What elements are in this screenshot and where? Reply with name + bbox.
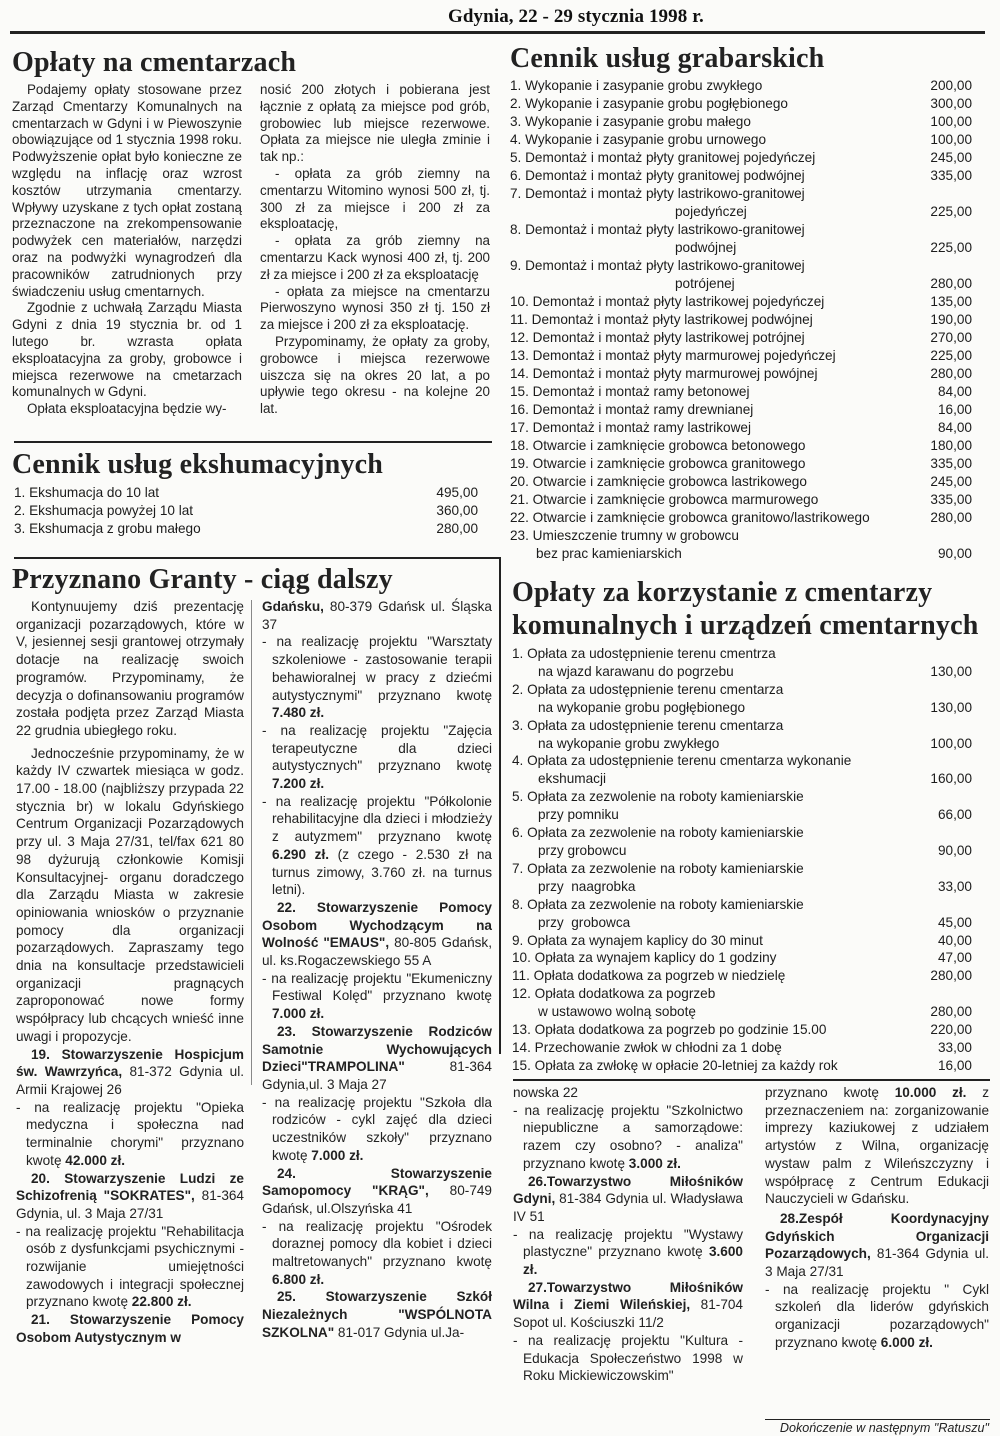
price-row: 1. Ekshumacja do 10 lat495,00 [14, 484, 478, 502]
price-row: 7. Opłata za zezwolenie na roboty kamien… [512, 860, 972, 878]
project-item: - na realizację projektu "Warsztaty szko… [262, 633, 492, 722]
price-row: 11. Demontaż i montaż płyty lastrikowej … [510, 311, 972, 329]
price-row-cont: przy grobowca45,00 [512, 914, 972, 932]
org-heading: 22. Stowarzyszenie Pomocy Osobom Wychodz… [262, 899, 492, 970]
gravedigging-title: Cennik usług grabarskich [510, 44, 824, 74]
price-row: 5. Opłata za zezwolenie na roboty kamien… [512, 788, 972, 806]
project-item: - na realizację projektu "Półkolonie reh… [262, 793, 492, 899]
project-item: - na realizację projektu "Opieka medyczn… [16, 1099, 244, 1170]
price-row-cont: na wykopanie grobu zwykłego100,00 [512, 735, 972, 753]
grants-col4: przyznano kwotę 10.000 zł. z przeznaczen… [765, 1084, 989, 1352]
price-row: 22. Otwarcie i zamknięcie grobowca grani… [510, 509, 972, 527]
paragraph: - opłata za miejsce na cmentarzu Pierwos… [260, 284, 490, 334]
grants-col3: nowska 22 - na realizację projektu "Szko… [513, 1084, 743, 1385]
price-row: 10. Opłata za wynajem kaplicy do 1 godzi… [512, 949, 972, 967]
price-row: 4. Wykopanie i zasypanie grobu urnowego1… [510, 131, 972, 149]
price-row-cont: podwójnej225,00 [510, 239, 972, 257]
project-item-cont: przyznano kwotę 10.000 zł. z przeznaczen… [765, 1084, 989, 1208]
org-heading: 19. Stowarzyszenie Hospicjum św. Wawrzyń… [16, 1046, 244, 1099]
price-row: 4. Opłata za udostępnienie terenu cmenta… [512, 752, 972, 770]
project-item: - na realizację projektu "Ekumeniczny Fe… [262, 970, 492, 1023]
price-row: 13. Opłata dodatkowa za pogrzeb po godzi… [512, 1021, 972, 1039]
org-heading: 24. Stowarzyszenie Samopomocy "KRĄG", 80… [262, 1165, 492, 1218]
cemetery-use-price-list: 1. Opłata za udostępnienie terenu cmentr… [512, 645, 972, 1075]
price-row: 16. Demontaż i montaż ramy drewnianej16,… [510, 401, 972, 419]
price-row-cont: w ustawowo wolną sobotę280,00 [512, 1003, 972, 1021]
price-row-cont: przy pomniku66,00 [512, 806, 972, 824]
paragraph: Podajemy opłaty stosowane przez Zarząd C… [12, 82, 242, 300]
continued-note: Dokończenie w następnym "Ratuszu" [765, 1421, 989, 1435]
exhumation-title: Cennik usług ekshumacyjnych [12, 450, 383, 480]
price-row-cont: pojedyńczej225,00 [510, 203, 972, 221]
price-row: 2. Opłata za udostępnienie terenu cmenta… [512, 681, 972, 699]
grants-col2: Gdańsku, 80-379 Gdańsk ul. Śląska 37 - n… [262, 598, 492, 1342]
project-item: - na realizację projektu "Ośrodek dorazn… [262, 1218, 492, 1289]
exhumation-price-list: 1. Ekshumacja do 10 lat495,00 2. Ekshuma… [14, 484, 478, 538]
price-row: 9. Opłata za wynajem kaplicy do 30 minut… [512, 932, 972, 950]
price-row: 10. Demontaż i montaż płyty lastrikowej … [510, 293, 972, 311]
price-row: 9. Demontaż i montaż płyty lastrikowo-gr… [510, 257, 972, 275]
org-heading: 21. Stowarzyszenie Pomocy Osobom Autysty… [16, 1311, 244, 1346]
project-item: - na realizację projektu "Szkolnictwo ni… [513, 1102, 743, 1173]
org-heading: 26.Towarzystwo Miłośników Gdyni, 81-384 … [513, 1173, 743, 1226]
cemetery-use-title-line2: komunalnych i urządzeń cmentarnych [512, 611, 978, 641]
price-row: 1. Opłata za udostępnienie terenu cmentr… [512, 645, 972, 663]
price-row: 19. Otwarcie i zamknięcie grobowca grani… [510, 455, 972, 473]
project-item: - na realizację projektu "Szkoła dla rod… [262, 1094, 492, 1165]
masthead-rule [10, 31, 985, 34]
price-row: 8. Opłata za zezwolenie na roboty kamien… [512, 896, 972, 914]
price-row: 3. Wykopanie i zasypanie grobu małego100… [510, 113, 972, 131]
paragraph: Kontynuujemy dziś prezentację organizacj… [16, 598, 244, 740]
price-row: 7. Demontaż i montaż płyty lastrikowo-gr… [510, 185, 972, 203]
paragraph: Opłata eksploatacyjna będzie wy- [12, 401, 242, 418]
project-item: - na realizację projektu "Zajęcia terape… [262, 722, 492, 793]
price-row: 2. Wykopanie i zasypanie grobu pogłębion… [510, 95, 972, 113]
project-item: - na realizację projektu " Cykl szkoleń … [765, 1281, 989, 1352]
article-fees-col2: nosić 200 złotych i pobierana jest łączn… [260, 82, 490, 418]
price-row: 14. Demontaż i montaż płyty marmurowej p… [510, 365, 972, 383]
price-row: 2. Ekshumacja powyżej 10 lat360,00 [14, 502, 478, 520]
price-row-cont: przy grobowcu90,00 [512, 842, 972, 860]
price-row: 6. Opłata za zezwolenie na roboty kamien… [512, 824, 972, 842]
paragraph: Jednocześnie przypominamy, że w każdy IV… [16, 745, 244, 1046]
project-item: - na realizację projektu "Wystawy plasty… [513, 1226, 743, 1279]
paragraph: - opłata za grób ziemny na cmentarzu Wit… [260, 166, 490, 233]
price-row-cont: przy naagrobka33,00 [512, 878, 972, 896]
cemetery-use-title-line1: Opłaty za korzystanie z cmentarzy [512, 578, 932, 608]
org-heading: 28.Zespół Koordynacyjny Gdyńskich Organi… [765, 1210, 989, 1281]
paragraph: Zgodnie z uchwałą Zarządu Miasta Gdyni z… [12, 300, 242, 401]
price-row: 17. Demontaż i montaż ramy lastrikowej84… [510, 419, 972, 437]
article-fees-col1: Podajemy opłaty stosowane przez Zarząd C… [12, 82, 242, 418]
price-row: 13. Demontaż i montaż płyty marmurowej p… [510, 347, 972, 365]
price-row-cont: na wykopanie grobu pogłębionego130,00 [512, 699, 972, 717]
gravedigging-price-list: 1. Wykopanie i zasypanie grobu zwykłego2… [510, 77, 972, 563]
grants-col1: Kontynuujemy dziś prezentację organizacj… [16, 598, 244, 1347]
footer-rule [765, 1419, 990, 1420]
price-row: 21. Otwarcie i zamknięcie grobowca marmu… [510, 491, 972, 509]
org-heading: 23. Stowarzyszenie Rodziców Samotnie Wyc… [262, 1023, 492, 1094]
price-row: 8. Demontaż i montaż płyty lastrikowo-gr… [510, 221, 972, 239]
issue-date: Gdynia, 22 - 29 stycznia 1998 r. [448, 6, 704, 28]
org-heading-cont: Gdańsku, 80-379 Gdańsk ul. Śląska 37 [262, 598, 492, 633]
price-row: 11. Opłata dodatkowa za pogrzeb w niedzi… [512, 967, 972, 985]
section-divider [14, 557, 500, 559]
masthead: Gdynia, 22 - 29 stycznia 1998 r. [0, 4, 1000, 30]
paragraph: Przypominamy, że opłaty za groby, grobow… [260, 334, 490, 418]
org-heading: 20. Stowarzyszenie Ludzi ze Schizofrenią… [16, 1170, 244, 1223]
column-divider [499, 557, 501, 1054]
price-row: 3. Ekshumacja z grobu małego280,00 [14, 520, 478, 538]
section-divider [14, 441, 492, 443]
price-row: 18. Otwarcie i zamknięcie grobowca beton… [510, 437, 972, 455]
org-heading: 27.Towarzystwo Miłośników Wilna i Ziemi … [513, 1279, 743, 1332]
price-row: 20. Otwarcie i zamknięcie grobowca lastr… [510, 473, 972, 491]
price-row: 23. Umieszczenie trumny w grobowcu [510, 527, 972, 545]
column-divider [251, 600, 252, 1085]
org-heading: 25. Stowarzyszenie Szkół Niezależnych "W… [262, 1288, 492, 1341]
paragraph: nosić 200 złotych i pobierana jest łączn… [260, 82, 490, 166]
price-row: 6. Demontaż i montaż płyty granitowej po… [510, 167, 972, 185]
price-row-cont: potrójenej280,00 [510, 275, 972, 293]
price-row: 15. Demontaż i montaż ramy betonowej84,0… [510, 383, 972, 401]
price-row: 12. Demontaż i montaż płyty lastrikowej … [510, 329, 972, 347]
org-heading-cont: nowska 22 [513, 1084, 743, 1102]
price-row: 12. Opłata dodatkowa za pogrzeb [512, 985, 972, 1003]
project-item: - na realizację projektu "Rehabilitacja … [16, 1223, 244, 1312]
price-row-cont: ekshumacji160,00 [512, 770, 972, 788]
paragraph: - opłata za grób ziemny na cmentarzu Kac… [260, 233, 490, 283]
price-row: 14. Przechowanie zwłok w chłodni za 1 do… [512, 1039, 972, 1057]
section-divider [513, 1079, 990, 1081]
price-row-cont: na wjazd karawanu do pogrzebu130,00 [512, 663, 972, 681]
price-row: 3. Opłata za udostępnienie terenu cmenta… [512, 717, 972, 735]
price-row: 1. Wykopanie i zasypanie grobu zwykłego2… [510, 77, 972, 95]
project-item: - na realizację projektu "Kultura - Eduk… [513, 1332, 743, 1385]
price-row: 5. Demontaż i montaż płyty granitowej po… [510, 149, 972, 167]
price-row-cont: bez prac kamieniarskich90,00 [510, 545, 972, 563]
article-fees-title: Opłaty na cmentarzach [12, 48, 296, 78]
price-row: 15. Opłata za zwłokę w opłacie 20-letnie… [512, 1057, 972, 1075]
grants-title: Przyznano Granty - ciąg dalszy [12, 565, 393, 595]
